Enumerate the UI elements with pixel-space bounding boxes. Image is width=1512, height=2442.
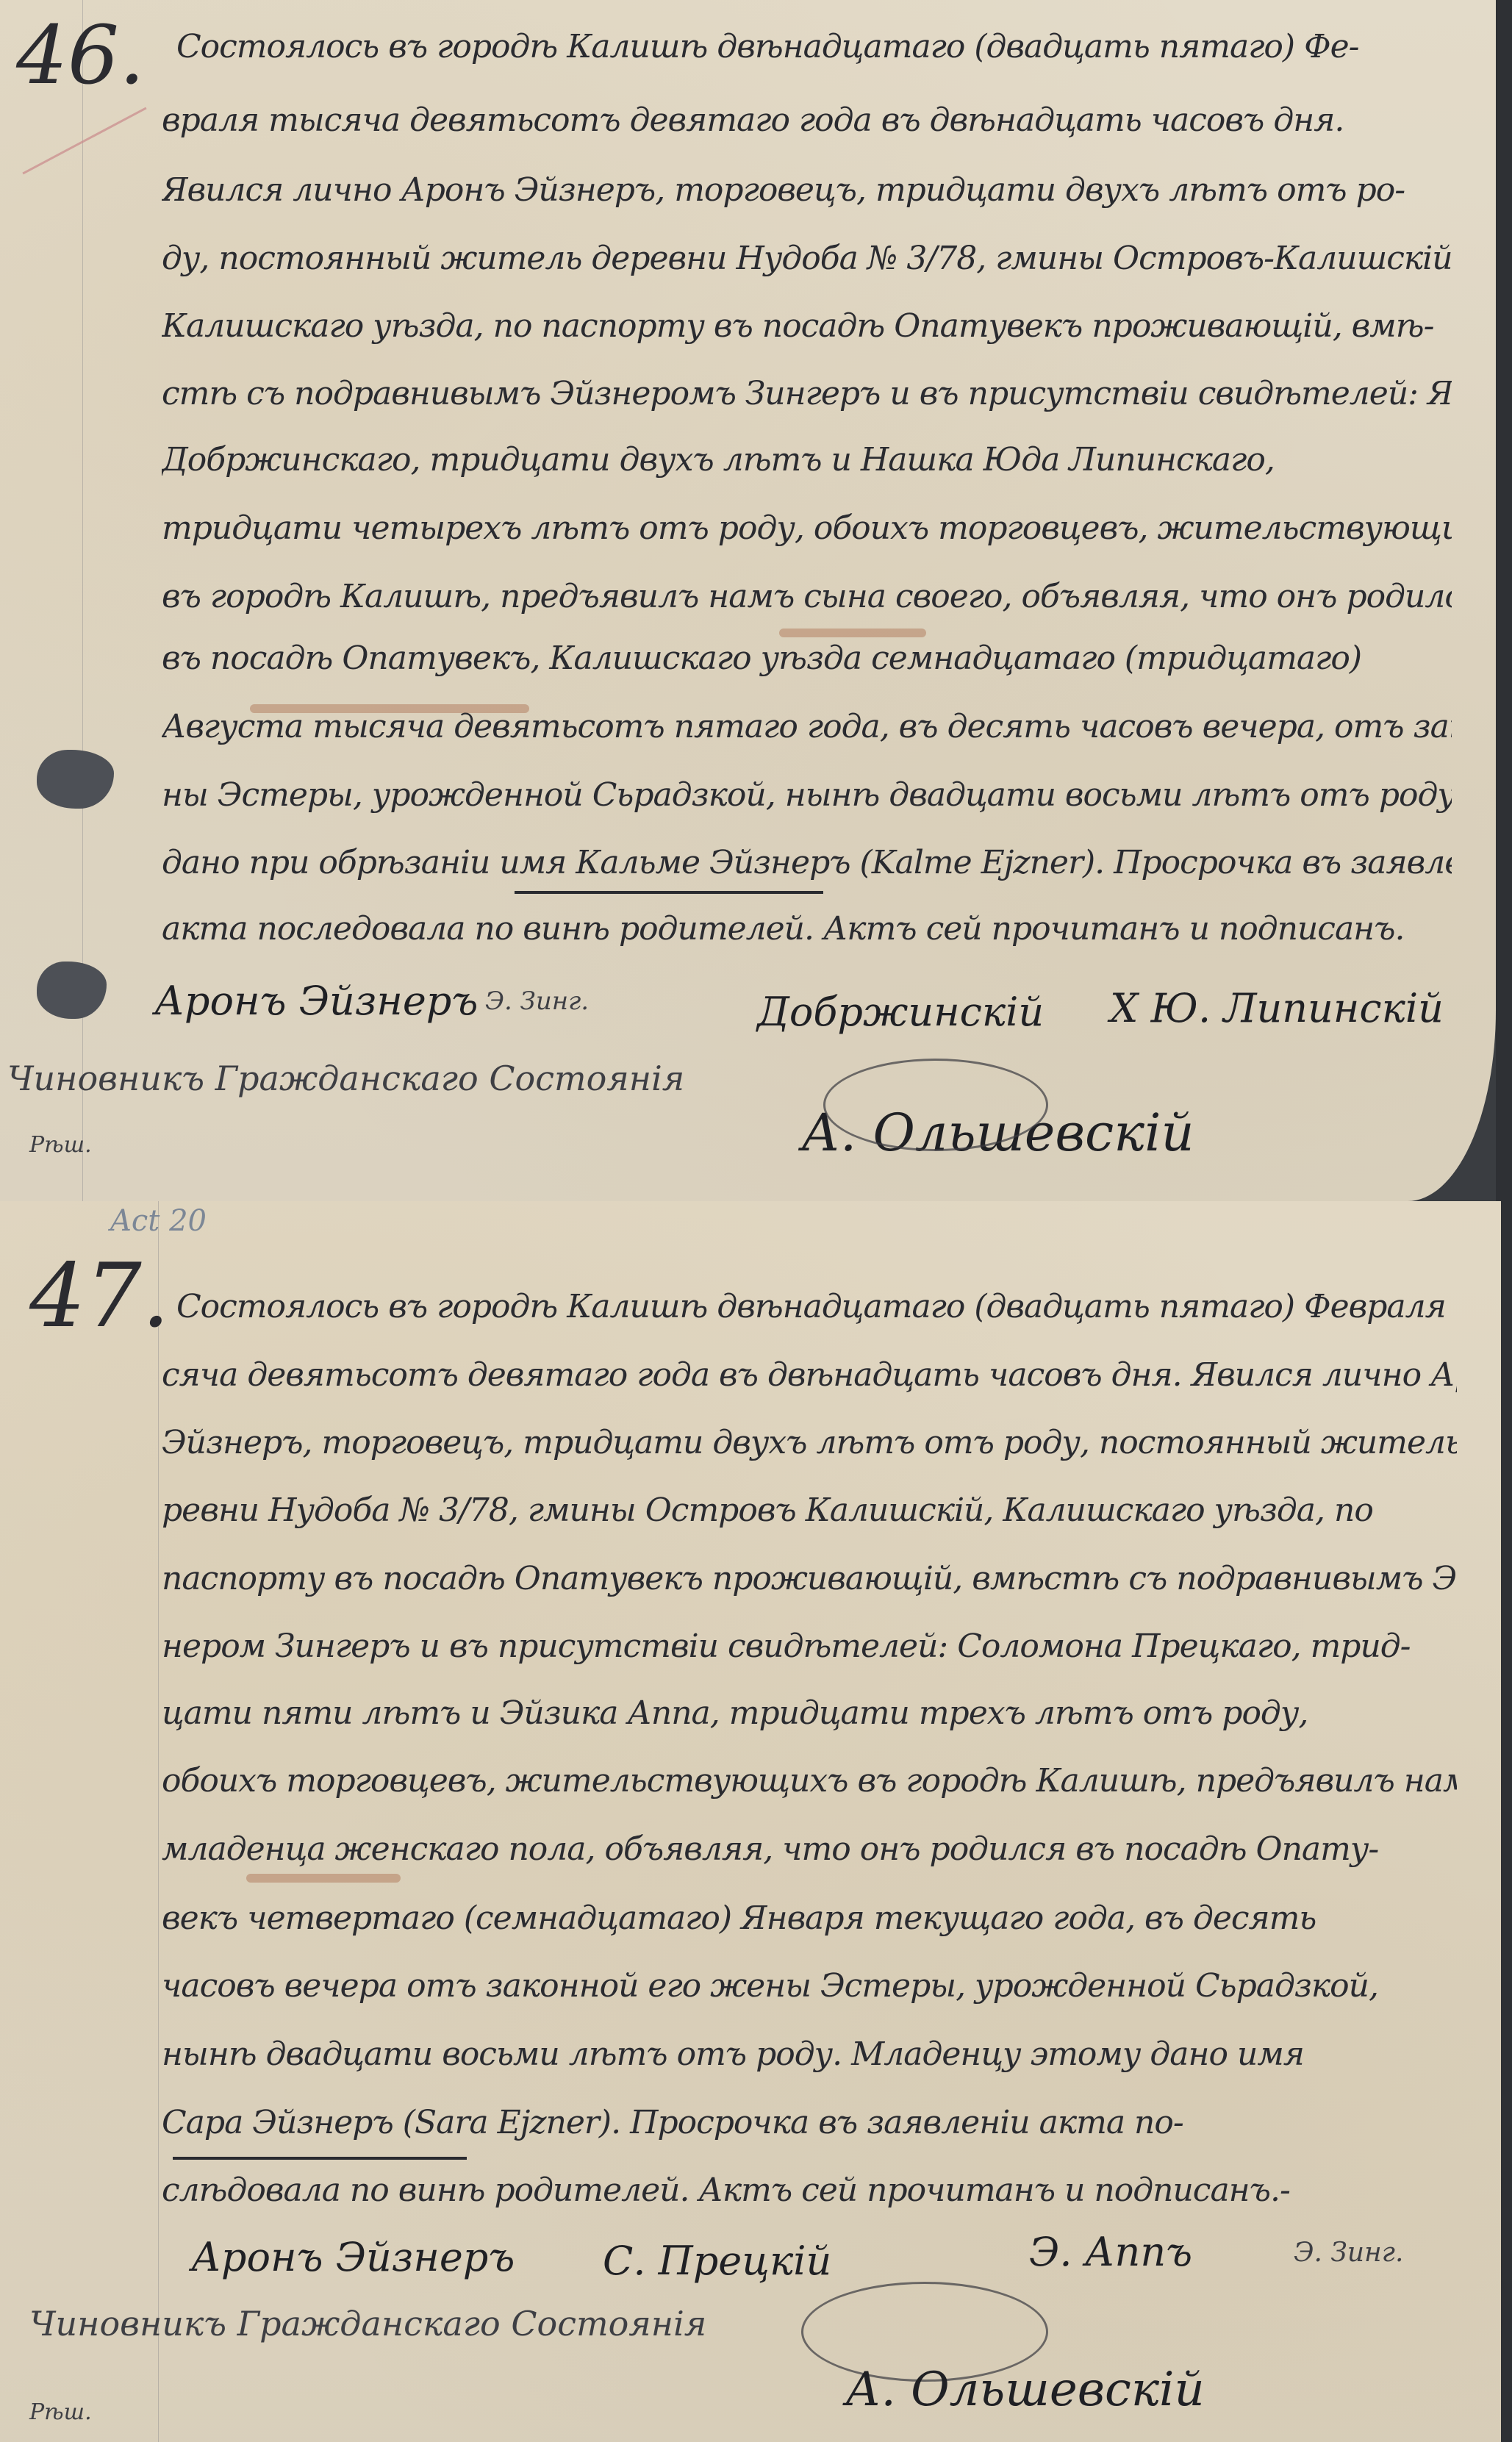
record-line: ны Эстеры, урожденной Сьрадзкой, нынѣ дв… <box>162 778 1452 813</box>
official-signature: А. Ольшевскій <box>845 2363 1205 2417</box>
pencil-note: Act 20 <box>110 1204 207 1238</box>
record-line: Сара Эйзнеръ (Sara Ejzner). Просрочка въ… <box>162 2105 1457 2141</box>
margin-mark: Рѣш. <box>29 2399 92 2425</box>
record-line: ревни Нудоба № 3/78, гмины Островъ Калиш… <box>162 1493 1457 1528</box>
record-line: Калишскаго уѣзда, по паспорту въ посадѣ … <box>162 309 1452 344</box>
record-line: Добржинскаго, тридцати двухъ лѣтъ и Нашк… <box>162 443 1452 478</box>
signature-flourish <box>823 1059 1048 1151</box>
signature-witness-2: Х Ю. Липинскій <box>1110 985 1444 1031</box>
margin-mark: Рѣш. <box>29 1132 92 1158</box>
paper-hole <box>37 962 107 1019</box>
record-line: паспорту въ посадѣ Опатувекъ проживающій… <box>162 1561 1457 1597</box>
signature-witness-2: Э. Аппъ <box>1029 2229 1192 2275</box>
official-title: Чиновникъ Гражданскаго Состоянія <box>7 1059 684 1098</box>
record-line: нером Зингеръ и въ присутствіи свидѣтеле… <box>162 1629 1457 1664</box>
record-line: слѣдовала по винѣ родителей. Актъ сей пр… <box>162 2173 1457 2208</box>
signature-witness-1: Добржинскій <box>757 989 1044 1035</box>
margin-rule <box>82 0 83 1201</box>
record-line: въ городѣ Калишѣ, предъявилъ намъ сына с… <box>162 579 1452 615</box>
record-line: векъ четвертаго (семнадцатаго) Января те… <box>162 1901 1457 1936</box>
name-underline <box>173 2157 467 2160</box>
record-line: въ посадѣ Опатувекъ, Калишскаго уѣзда се… <box>162 641 1452 676</box>
record-line: нынѣ двадцати восьми лѣтъ отъ роду. Млад… <box>162 2037 1457 2072</box>
record-line: Явился лично Аронъ Эйзнеръ, торговецъ, т… <box>162 173 1452 208</box>
red-pencil-mark <box>22 107 146 175</box>
record-line: дано при обрѣзаніи имя Кальме Эйзнеръ (K… <box>162 845 1452 881</box>
red-ink-underline <box>246 1874 401 1883</box>
record-line: ду, постоянный житель деревни Нудоба № 3… <box>162 241 1452 276</box>
signature-initials: Э. Зинг. <box>485 987 589 1016</box>
record-number: 46. <box>16 15 145 96</box>
record-line: акта последовала по винѣ родителей. Актъ… <box>162 912 1452 947</box>
record-line: младенца женскаго пола, объявляя, что он… <box>162 1832 1457 1867</box>
record-line: цати пяти лѣтъ и Эйзика Аппа, тридцати т… <box>162 1696 1457 1731</box>
record-line: сяча девятьсотъ девятаго года въ двѣнадц… <box>162 1358 1457 1393</box>
signature-initials: Э. Зинг. <box>1294 2238 1403 2268</box>
record-line: тридцати четырехъ лѣтъ отъ роду, обоихъ … <box>162 511 1452 546</box>
signature-witness-1: С. Прецкій <box>603 2238 831 2284</box>
record-line: Августа тысяча девятьсотъ пятаго года, в… <box>162 709 1452 745</box>
record-46-page: 46. Состоялось въ городѣ Калишѣ двѣнадца… <box>0 0 1496 1201</box>
signature-father: Аронъ Эйзнеръ <box>154 978 478 1024</box>
official-title: Чиновникъ Гражданскаго Состоянія <box>29 2304 706 2343</box>
margin-rule <box>158 1201 159 2442</box>
record-line: Состоялось въ городѣ Калишѣ двѣнадцатаго… <box>176 29 1452 65</box>
record-47-page: Act 20 47. Состоялось въ городѣ Калишѣ д… <box>0 1201 1501 2442</box>
record-line: враля тысяча девятьсотъ девятаго года въ… <box>162 103 1452 138</box>
record-number: 47. <box>29 1253 170 1341</box>
paper-hole <box>37 750 114 809</box>
record-line: часовъ вечера отъ законной его жены Эсте… <box>162 1969 1457 2004</box>
red-ink-underline <box>779 629 926 637</box>
name-underline <box>515 891 823 894</box>
record-line: обоихъ торговцевъ, жительствующихъ въ го… <box>162 1764 1457 1799</box>
signature-father: Аронъ Эйзнеръ <box>191 2234 515 2280</box>
record-line: Эйзнеръ, торговецъ, тридцати двухъ лѣтъ … <box>162 1425 1457 1461</box>
record-line: стѣ съ подравнивымъ Эйзнеромъ Зингеръ и … <box>162 376 1452 412</box>
record-line: Состоялось въ городѣ Калишѣ двѣнадцатаго… <box>176 1289 1457 1325</box>
